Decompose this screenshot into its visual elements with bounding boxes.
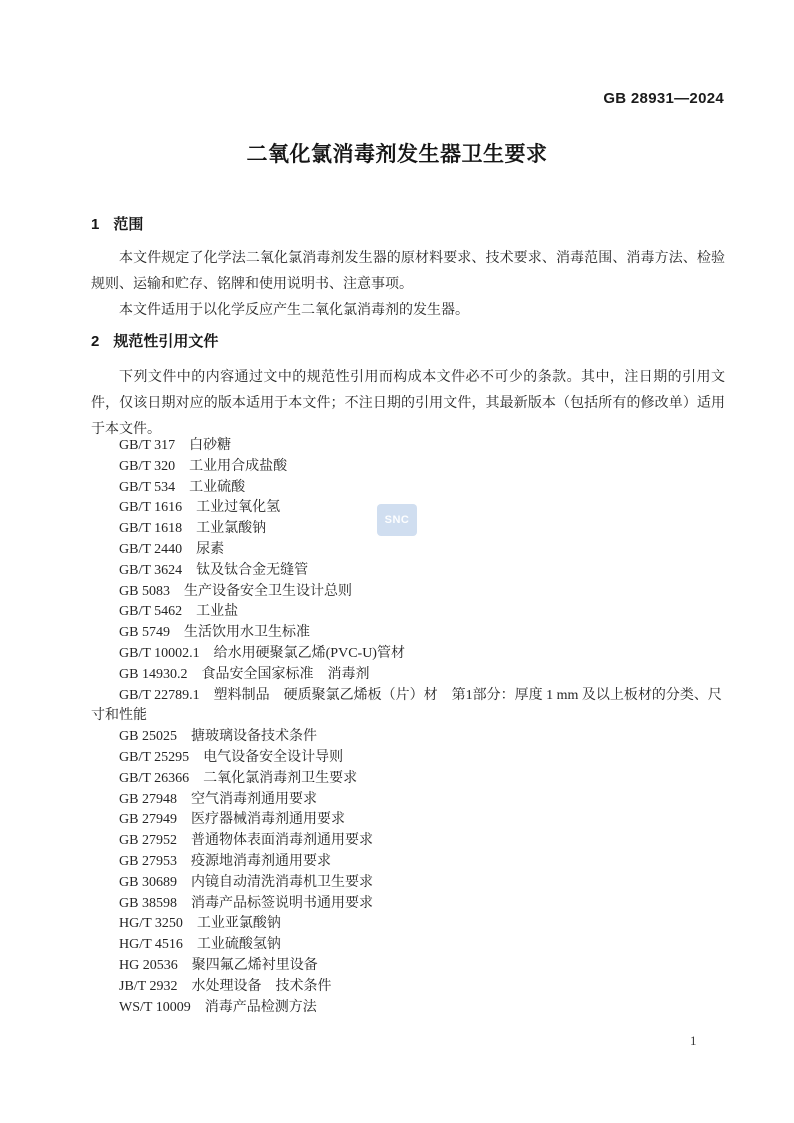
reference-code: GB 27953 <box>119 854 177 869</box>
reference-item: GB/T 2440尿素 <box>91 540 725 561</box>
reference-title: 工业亚氯酸钠 <box>197 916 281 931</box>
reference-title: 给水用硬聚氯乙烯(PVC-U)管材 <box>214 646 405 661</box>
reference-title: 食品安全国家标准 消毒剂 <box>201 667 369 682</box>
reference-item: GB/T 534工业硫酸 <box>91 478 725 499</box>
reference-code: GB/T 2440 <box>119 542 182 557</box>
reference-code: GB/T 22789.1 <box>119 688 200 703</box>
reference-title: 工业硫酸 <box>189 480 245 495</box>
reference-item: GB 27953疫源地消毒剂通用要求 <box>91 852 725 873</box>
reference-title: 工业过氧化氢 <box>196 500 280 515</box>
reference-item: GB 14930.2食品安全国家标准 消毒剂 <box>91 665 725 686</box>
reference-title: 电气设备安全设计导则 <box>203 750 343 765</box>
reference-item: GB 27949医疗器械消毒剂通用要求 <box>91 810 725 831</box>
section-1-heading: 1范围 <box>91 217 725 233</box>
reference-code: GB/T 25295 <box>119 750 189 765</box>
reference-code: GB/T 3624 <box>119 563 182 578</box>
reference-code: GB 30689 <box>119 875 177 890</box>
reference-code: HG/T 3250 <box>119 916 183 931</box>
reference-title: 尿素 <box>196 542 224 557</box>
reference-item: HG/T 4516工业硫酸氢钠 <box>91 935 725 956</box>
reference-item: GB/T 317白砂糖 <box>91 436 725 457</box>
reference-title: 工业用合成盐酸 <box>189 459 287 474</box>
reference-item: GB 38598消毒产品标签说明书通用要求 <box>91 894 725 915</box>
reference-code: GB/T 10002.1 <box>119 646 200 661</box>
reference-code: GB/T 317 <box>119 438 175 453</box>
reference-item: JB/T 2932水处理设备 技术条件 <box>91 977 725 998</box>
reference-code: GB/T 1618 <box>119 521 182 536</box>
reference-code: GB 5083 <box>119 584 170 599</box>
standard-code: GB 28931—2024 <box>603 90 724 107</box>
reference-title: 工业硫酸氢钠 <box>197 937 281 952</box>
reference-code: GB/T 534 <box>119 480 175 495</box>
reference-title: 疫源地消毒剂通用要求 <box>191 854 331 869</box>
section-1-number: 1 <box>91 217 99 233</box>
section-2-heading: 2规范性引用文件 <box>91 334 725 350</box>
reference-title: 聚四氟乙烯衬里设备 <box>192 958 318 973</box>
reference-title: 生活饮用水卫生标准 <box>184 625 310 640</box>
reference-title: 二氧化氯消毒剂卫生要求 <box>203 771 357 786</box>
document-page: GB 28931—2024 二氧化氯消毒剂发生器卫生要求 1范围 本文件规定了化… <box>0 0 794 1123</box>
reference-title: 生产设备安全卫生设计总则 <box>184 584 352 599</box>
reference-title: 消毒产品检测方法 <box>205 1000 317 1015</box>
reference-code: GB 25025 <box>119 729 177 744</box>
reference-title: 空气消毒剂通用要求 <box>191 792 317 807</box>
reference-item: GB/T 22789.1塑料制品 硬质聚氯乙烯板（片）材 第1部分：厚度 1 m… <box>91 686 725 728</box>
page-number: 1 <box>690 1033 697 1049</box>
reference-code: GB 38598 <box>119 896 177 911</box>
reference-item: GB/T 25295电气设备安全设计导则 <box>91 748 725 769</box>
reference-title: 工业盐 <box>196 604 238 619</box>
reference-code: GB 27949 <box>119 812 177 827</box>
section-1-title: 范围 <box>113 216 143 233</box>
reference-title: 消毒产品标签说明书通用要求 <box>191 896 373 911</box>
reference-item: GB/T 26366二氧化氯消毒剂卫生要求 <box>91 769 725 790</box>
reference-code: GB/T 1616 <box>119 500 182 515</box>
reference-item: GB 5749生活饮用水卫生标准 <box>91 623 725 644</box>
paragraph: 本文件规定了化学法二氧化氯消毒剂发生器的原材料要求、技术要求、消毒范围、消毒方法… <box>91 246 725 298</box>
reference-item: GB/T 320工业用合成盐酸 <box>91 457 725 478</box>
reference-item: GB 5083生产设备安全卫生设计总则 <box>91 582 725 603</box>
reference-code: GB 5749 <box>119 625 170 640</box>
reference-item: GB 25025搪玻璃设备技术条件 <box>91 727 725 748</box>
reference-title: 水处理设备 技术条件 <box>191 979 331 994</box>
reference-code: GB/T 26366 <box>119 771 189 786</box>
reference-code: GB 27948 <box>119 792 177 807</box>
reference-code: GB 14930.2 <box>119 667 187 682</box>
reference-item: GB/T 5462工业盐 <box>91 602 725 623</box>
reference-code: JB/T 2932 <box>119 979 177 994</box>
reference-title: 搪玻璃设备技术条件 <box>191 729 317 744</box>
section-2-body: 下列文件中的内容通过文中的规范性引用而构成本文件必不可少的条款。其中，注日期的引… <box>91 365 725 443</box>
reference-item: WS/T 10009消毒产品检测方法 <box>91 998 725 1019</box>
reference-code: HG 20536 <box>119 958 178 973</box>
reference-item: GB/T 3624钛及钛合金无缝管 <box>91 561 725 582</box>
reference-title: 医疗器械消毒剂通用要求 <box>191 812 345 827</box>
document-title: 二氧化氯消毒剂发生器卫生要求 <box>0 138 794 168</box>
reference-code: GB 27952 <box>119 833 177 848</box>
reference-title: 白砂糖 <box>189 438 231 453</box>
reference-title: 普通物体表面消毒剂通用要求 <box>191 833 373 848</box>
paragraph: 下列文件中的内容通过文中的规范性引用而构成本文件必不可少的条款。其中，注日期的引… <box>91 365 725 443</box>
reference-item: GB/T 10002.1给水用硬聚氯乙烯(PVC-U)管材 <box>91 644 725 665</box>
watermark-text: SNC <box>385 514 410 526</box>
reference-item: HG 20536聚四氟乙烯衬里设备 <box>91 956 725 977</box>
reference-item: HG/T 3250工业亚氯酸钠 <box>91 914 725 935</box>
reference-code: HG/T 4516 <box>119 937 183 952</box>
section-2-title: 规范性引用文件 <box>113 333 218 350</box>
reference-item: GB 27952普通物体表面消毒剂通用要求 <box>91 831 725 852</box>
paragraph: 本文件适用于以化学反应产生二氧化氯消毒剂的发生器。 <box>91 298 725 324</box>
reference-title: 工业氯酸钠 <box>196 521 266 536</box>
watermark-badge: SNC <box>377 504 417 536</box>
reference-code: GB/T 320 <box>119 459 175 474</box>
reference-code: GB/T 5462 <box>119 604 182 619</box>
reference-title: 内镜自动清洗消毒机卫生要求 <box>191 875 373 890</box>
reference-item: GB 27948空气消毒剂通用要求 <box>91 790 725 811</box>
section-2-number: 2 <box>91 334 99 350</box>
reference-item: GB 30689内镜自动清洗消毒机卫生要求 <box>91 873 725 894</box>
reference-code: WS/T 10009 <box>119 1000 191 1015</box>
section-1-body: 本文件规定了化学法二氧化氯消毒剂发生器的原材料要求、技术要求、消毒范围、消毒方法… <box>91 246 725 324</box>
reference-title: 钛及钛合金无缝管 <box>196 563 308 578</box>
